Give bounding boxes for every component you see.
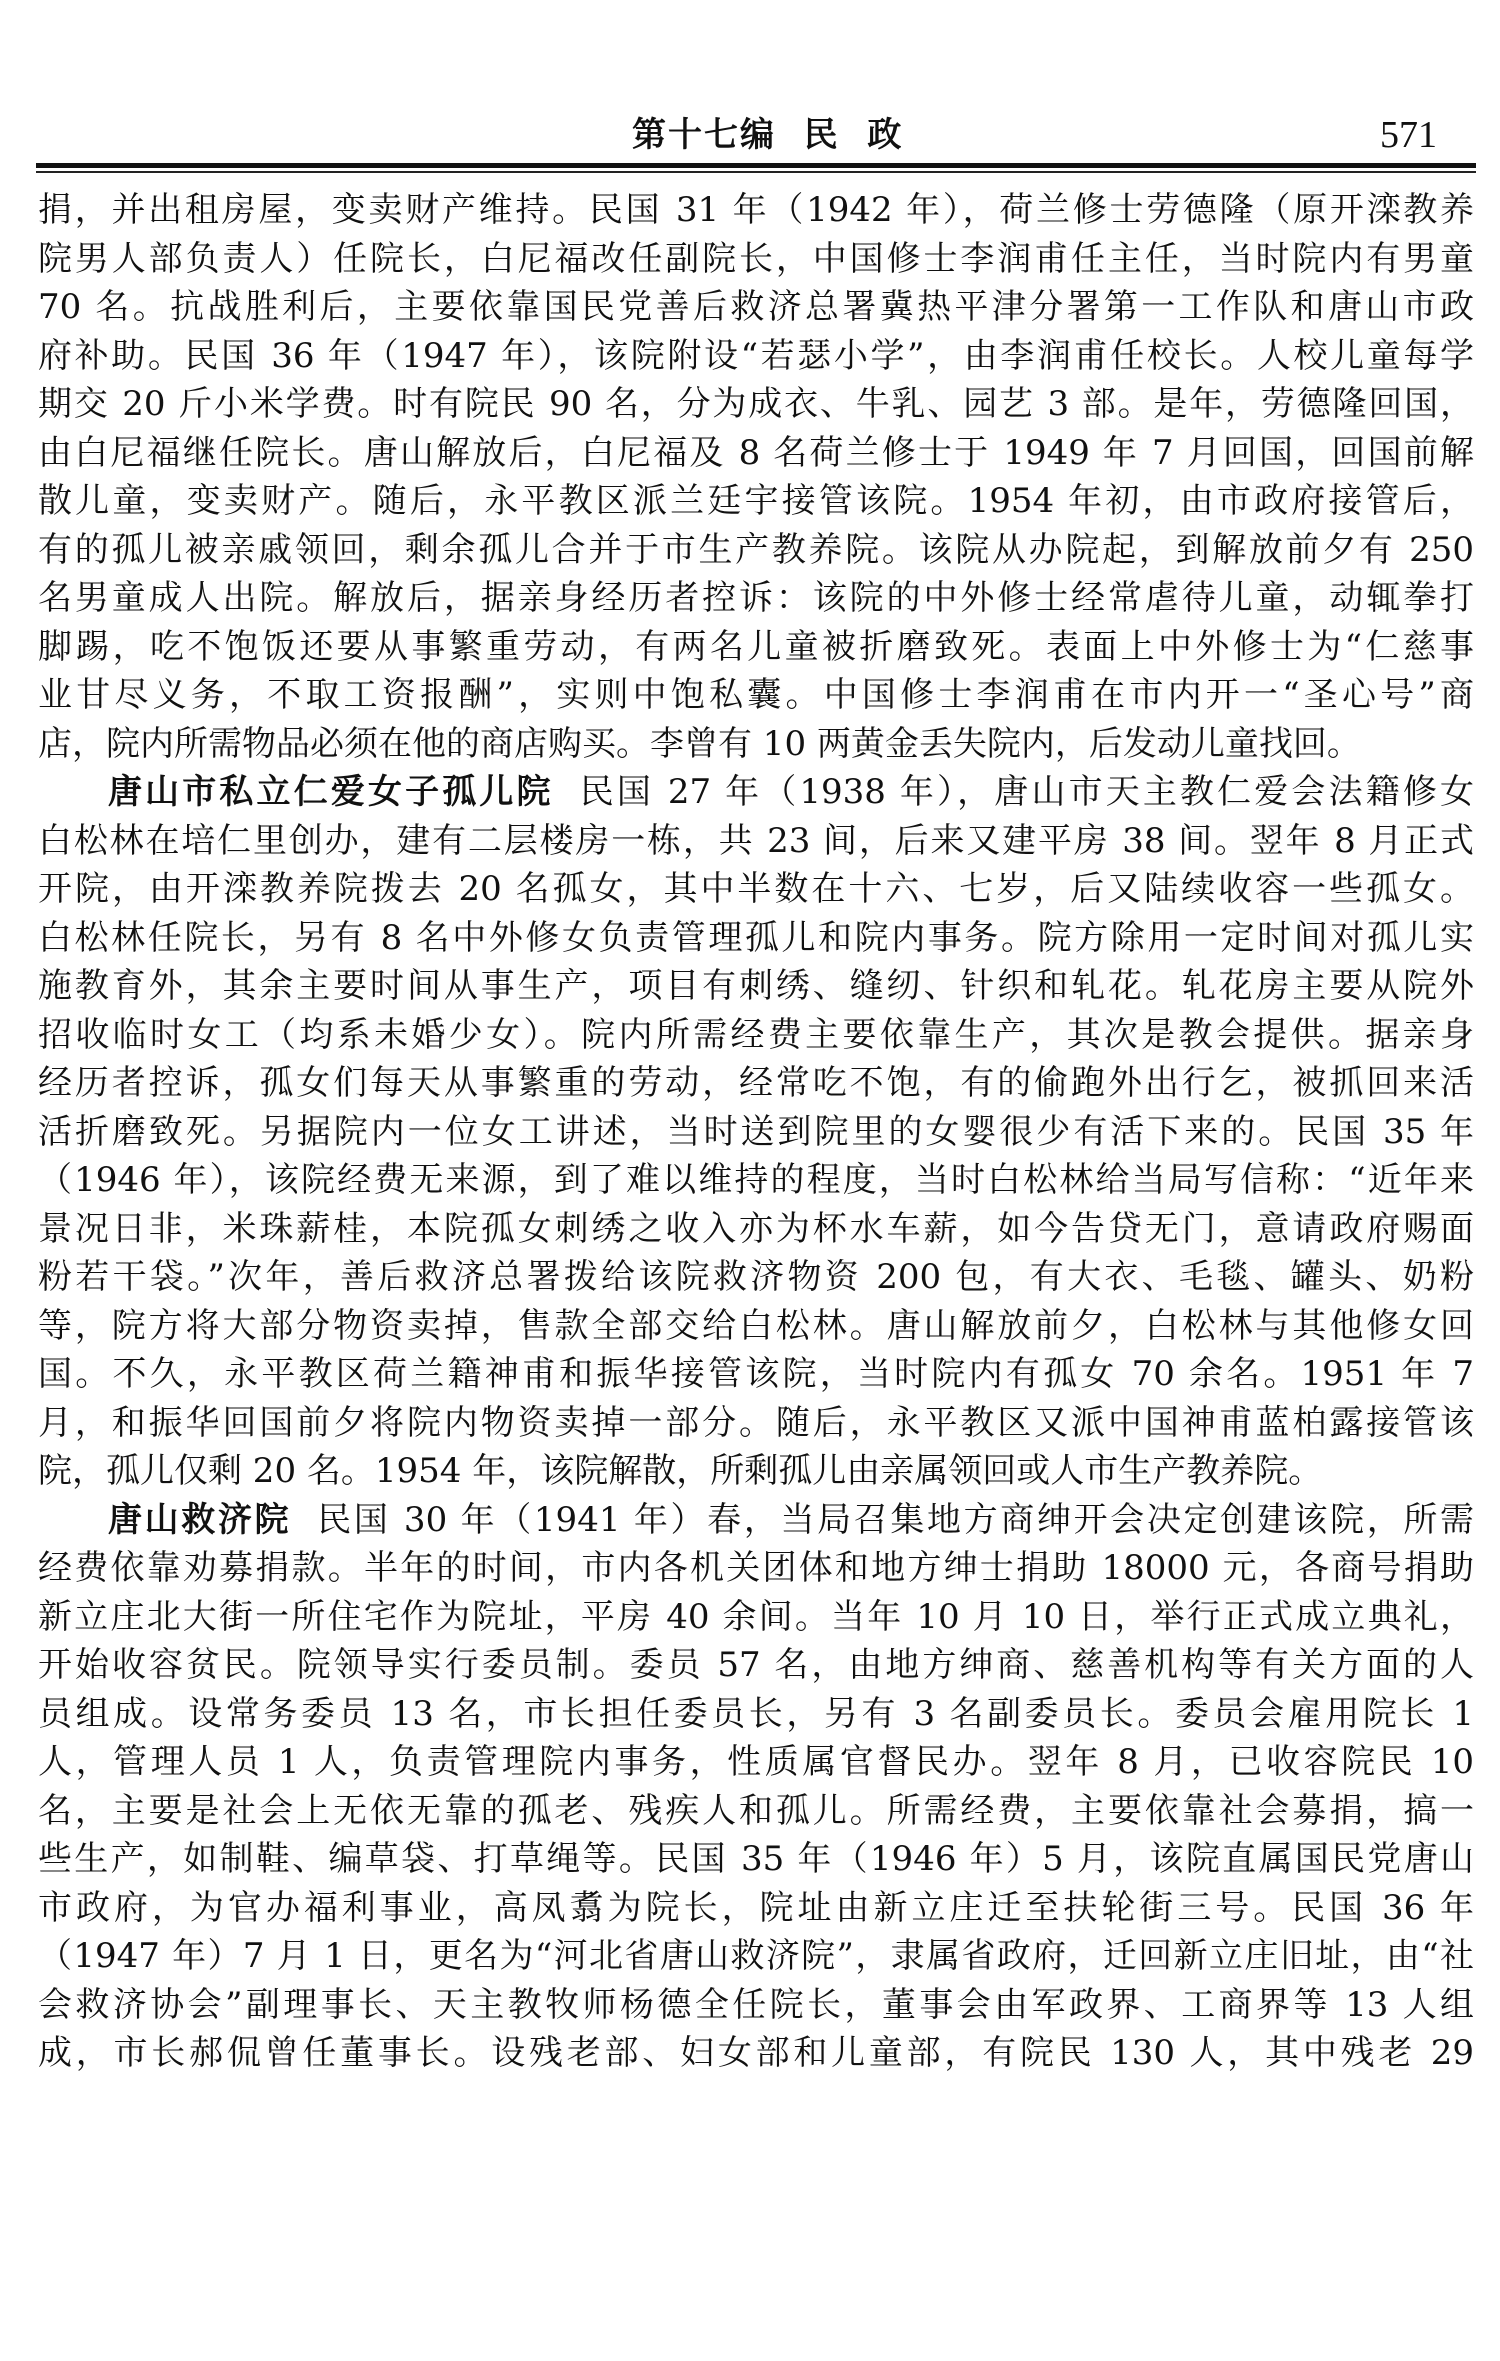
text-line: 招收临时女工（均系未婚少女）。院内所需经费主要依靠生产，其次是教会提供。据亲身 (38, 1011, 1474, 1060)
text-line: 市政府，为官办福利事业，高凤翥为院长，院址由新立庄迁至扶轮街三号。民国 36 年 (38, 1884, 1474, 1933)
text-line: 府补助。民国 36 年（1947 年），该院附设“若瑟小学”，由李润甫任校长。人… (38, 332, 1474, 381)
text-line: 新立庄北大街一所住宅作为院址，平房 40 余间。当年 10 月 10 日，举行正… (38, 1593, 1474, 1642)
text-line: 经费依靠劝募捐款。半年的时间，市内各机关团体和地方绅士捐助 18000 元，各商… (38, 1544, 1474, 1593)
paragraph-continuation: 捐，并出租房屋，变卖财产维持。民国 31 年（1942 年），荷兰修士劳德隆（原… (38, 186, 1474, 768)
text-span: 民国 27 年（1938 年），唐山市天主教仁爱会法籍修女 (580, 772, 1474, 812)
text-line: 名，主要是社会上无依无靠的孤老、残疾人和孤儿。所需经费，主要依靠社会募捐，搞一 (38, 1787, 1474, 1836)
text-line: （1946 年），该院经费无来源，到了难以维持的程度，当时白松林给当局写信称：“… (38, 1156, 1474, 1205)
text-line: 成，市长郝侃曾任董事长。设残老部、妇女部和儿童部，有院民 130 人，其中残老 … (38, 2029, 1474, 2078)
text-line: 白松林任院长，另有 8 名中外修女负责管理孤儿和院内事务。院方除用一定时间对孤儿… (38, 914, 1474, 963)
text-line: 经历者控诉，孤女们每天从事繁重的劳动，经常吃不饱，有的偷跑外出行乞，被抓回来活 (38, 1059, 1474, 1108)
text-line: 名男童成人出院。解放后，据亲身经历者控诉：该院的中外修士经常虐待儿童，动辄拳打 (38, 574, 1474, 623)
section-heading: 唐山市私立仁爱女子孤儿院 (108, 772, 554, 812)
text-line: 有的孤儿被亲戚领回，剩余孤儿合并于市生产教养院。该院从办院起，到解放前夕有 25… (38, 526, 1474, 575)
text-line: 景况日非，米珠薪桂，本院孤女刺绣之收入亦为杯水车薪，如今告贷无门，意请政府赐面 (38, 1205, 1474, 1254)
text-line: 捐，并出租房屋，变卖财产维持。民国 31 年（1942 年），荷兰修士劳德隆（原… (38, 186, 1474, 235)
text-line: （1947 年）7 月 1 日，更名为“河北省唐山救济院”，隶属省政府，迁回新立… (38, 1932, 1474, 1981)
text-line: 活折磨致死。另据院内一位女工讲述，当时送到院里的女婴很少有活下来的。民国 35 … (38, 1108, 1474, 1157)
text-span: 民国 30 年（1941 年）春，当局召集地方商绅开会决定创建该院，所需 (317, 1500, 1474, 1540)
text-line: 开院，由开滦教养院拨去 20 名孤女，其中半数在十六、七岁，后又陆续收容一些孤女… (38, 865, 1474, 914)
page-header: 第十七编 民 政 571 (0, 112, 1500, 158)
text-line: 员组成。设常务委员 13 名，市长担任委员长，另有 3 名副委员长。委员会雇用院… (38, 1690, 1474, 1739)
text-line: 等，院方将大部分物资卖掉，售款全部交给白松林。唐山解放前夕，白松林与其他修女回 (38, 1302, 1474, 1351)
text-line: 院男人部负责人）任院长，白尼福改任副院长，中国修士李润甫任主任，当时院内有男童 (38, 235, 1474, 284)
text-line: 散儿童，变卖财产。随后，永平教区派兰廷宇接管该院。1954 年初，由市政府接管后… (38, 477, 1474, 526)
text-line-with-heading: 唐山救济院民国 30 年（1941 年）春，当局召集地方商绅开会决定创建该院，所… (38, 1496, 1474, 1545)
paragraph-renai-orphanage: 唐山市私立仁爱女子孤儿院民国 27 年（1938 年），唐山市天主教仁爱会法籍修… (38, 768, 1474, 1496)
text-line: 白松林在培仁里创办，建有二层楼房一栋，共 23 间，后来又建平房 38 间。翌年… (38, 817, 1474, 866)
text-line: 期交 20 斤小米学费。时有院民 90 名，分为成衣、牛乳、园艺 3 部。是年，… (38, 380, 1474, 429)
header-rule (36, 163, 1476, 174)
text-line: 人，管理人员 1 人，负责管理院内事务，性质属官督民办。翌年 8 月，已收容院民… (38, 1738, 1474, 1787)
header-rule-thick (36, 163, 1476, 168)
text-line: 脚踢，吃不饱饭还要从事繁重劳动，有两名儿童被折磨致死。表面上中外修士为“仁慈事 (38, 623, 1474, 672)
header-rule-thin (36, 171, 1476, 173)
body-text: 捐，并出租房屋，变卖财产维持。民国 31 年（1942 年），荷兰修士劳德隆（原… (38, 186, 1474, 2078)
text-line: 店，院内所需物品必须在他的商店购买。李曾有 10 两黄金丢失院内，后发动儿童找回… (38, 720, 1474, 769)
text-line: 月，和振华回国前夕将院内物资卖掉一部分。随后，永平教区又派中国神甫蓝柏露接管该 (38, 1399, 1474, 1448)
text-line-with-heading: 唐山市私立仁爱女子孤儿院民国 27 年（1938 年），唐山市天主教仁爱会法籍修… (38, 768, 1474, 817)
text-line: 院，孤儿仅剩 20 名。1954 年，该院解散，所剩孤儿由亲属领回或人市生产教养… (38, 1447, 1474, 1496)
text-line: 会救济协会”副理事长、天主教牧师杨德全任院长，董事会由军政界、工商界等 13 人… (38, 1981, 1474, 2030)
running-title: 第十七编 民 政 (632, 112, 903, 158)
text-line: 些生产，如制鞋、编草袋、打草绳等。民国 35 年（1946 年）5 月，该院直属… (38, 1835, 1474, 1884)
text-line: 由白尼福继任院长。唐山解放后，白尼福及 8 名荷兰修士于 1949 年 7 月回… (38, 429, 1474, 478)
paragraph-relief-institute: 唐山救济院民国 30 年（1941 年）春，当局召集地方商绅开会决定创建该院，所… (38, 1496, 1474, 2078)
page-number: 571 (1380, 112, 1437, 158)
text-line: 施教育外，其余主要时间从事生产，项目有刺绣、缝纫、针织和轧花。轧花房主要从院外 (38, 962, 1474, 1011)
text-line: 粉若干袋。”次年，善后救济总署拨给该院救济物资 200 包，有大衣、毛毯、罐头、… (38, 1253, 1474, 1302)
text-line: 70 名。抗战胜利后，主要依靠国民党善后救济总署冀热平津分署第一工作队和唐山市政 (38, 283, 1474, 332)
section-heading: 唐山救济院 (108, 1500, 291, 1540)
text-line: 开始收容贫民。院领导实行委员制。委员 57 名，由地方绅商、慈善机构等有关方面的… (38, 1641, 1474, 1690)
text-line: 业甘尽义务，不取工资报酬”，实则中饱私囊。中国修士李润甫在市内开一“圣心号”商 (38, 671, 1474, 720)
text-line: 国。不久，永平教区荷兰籍神甫和振华接管该院，当时院内有孤女 70 余名。1951… (38, 1350, 1474, 1399)
